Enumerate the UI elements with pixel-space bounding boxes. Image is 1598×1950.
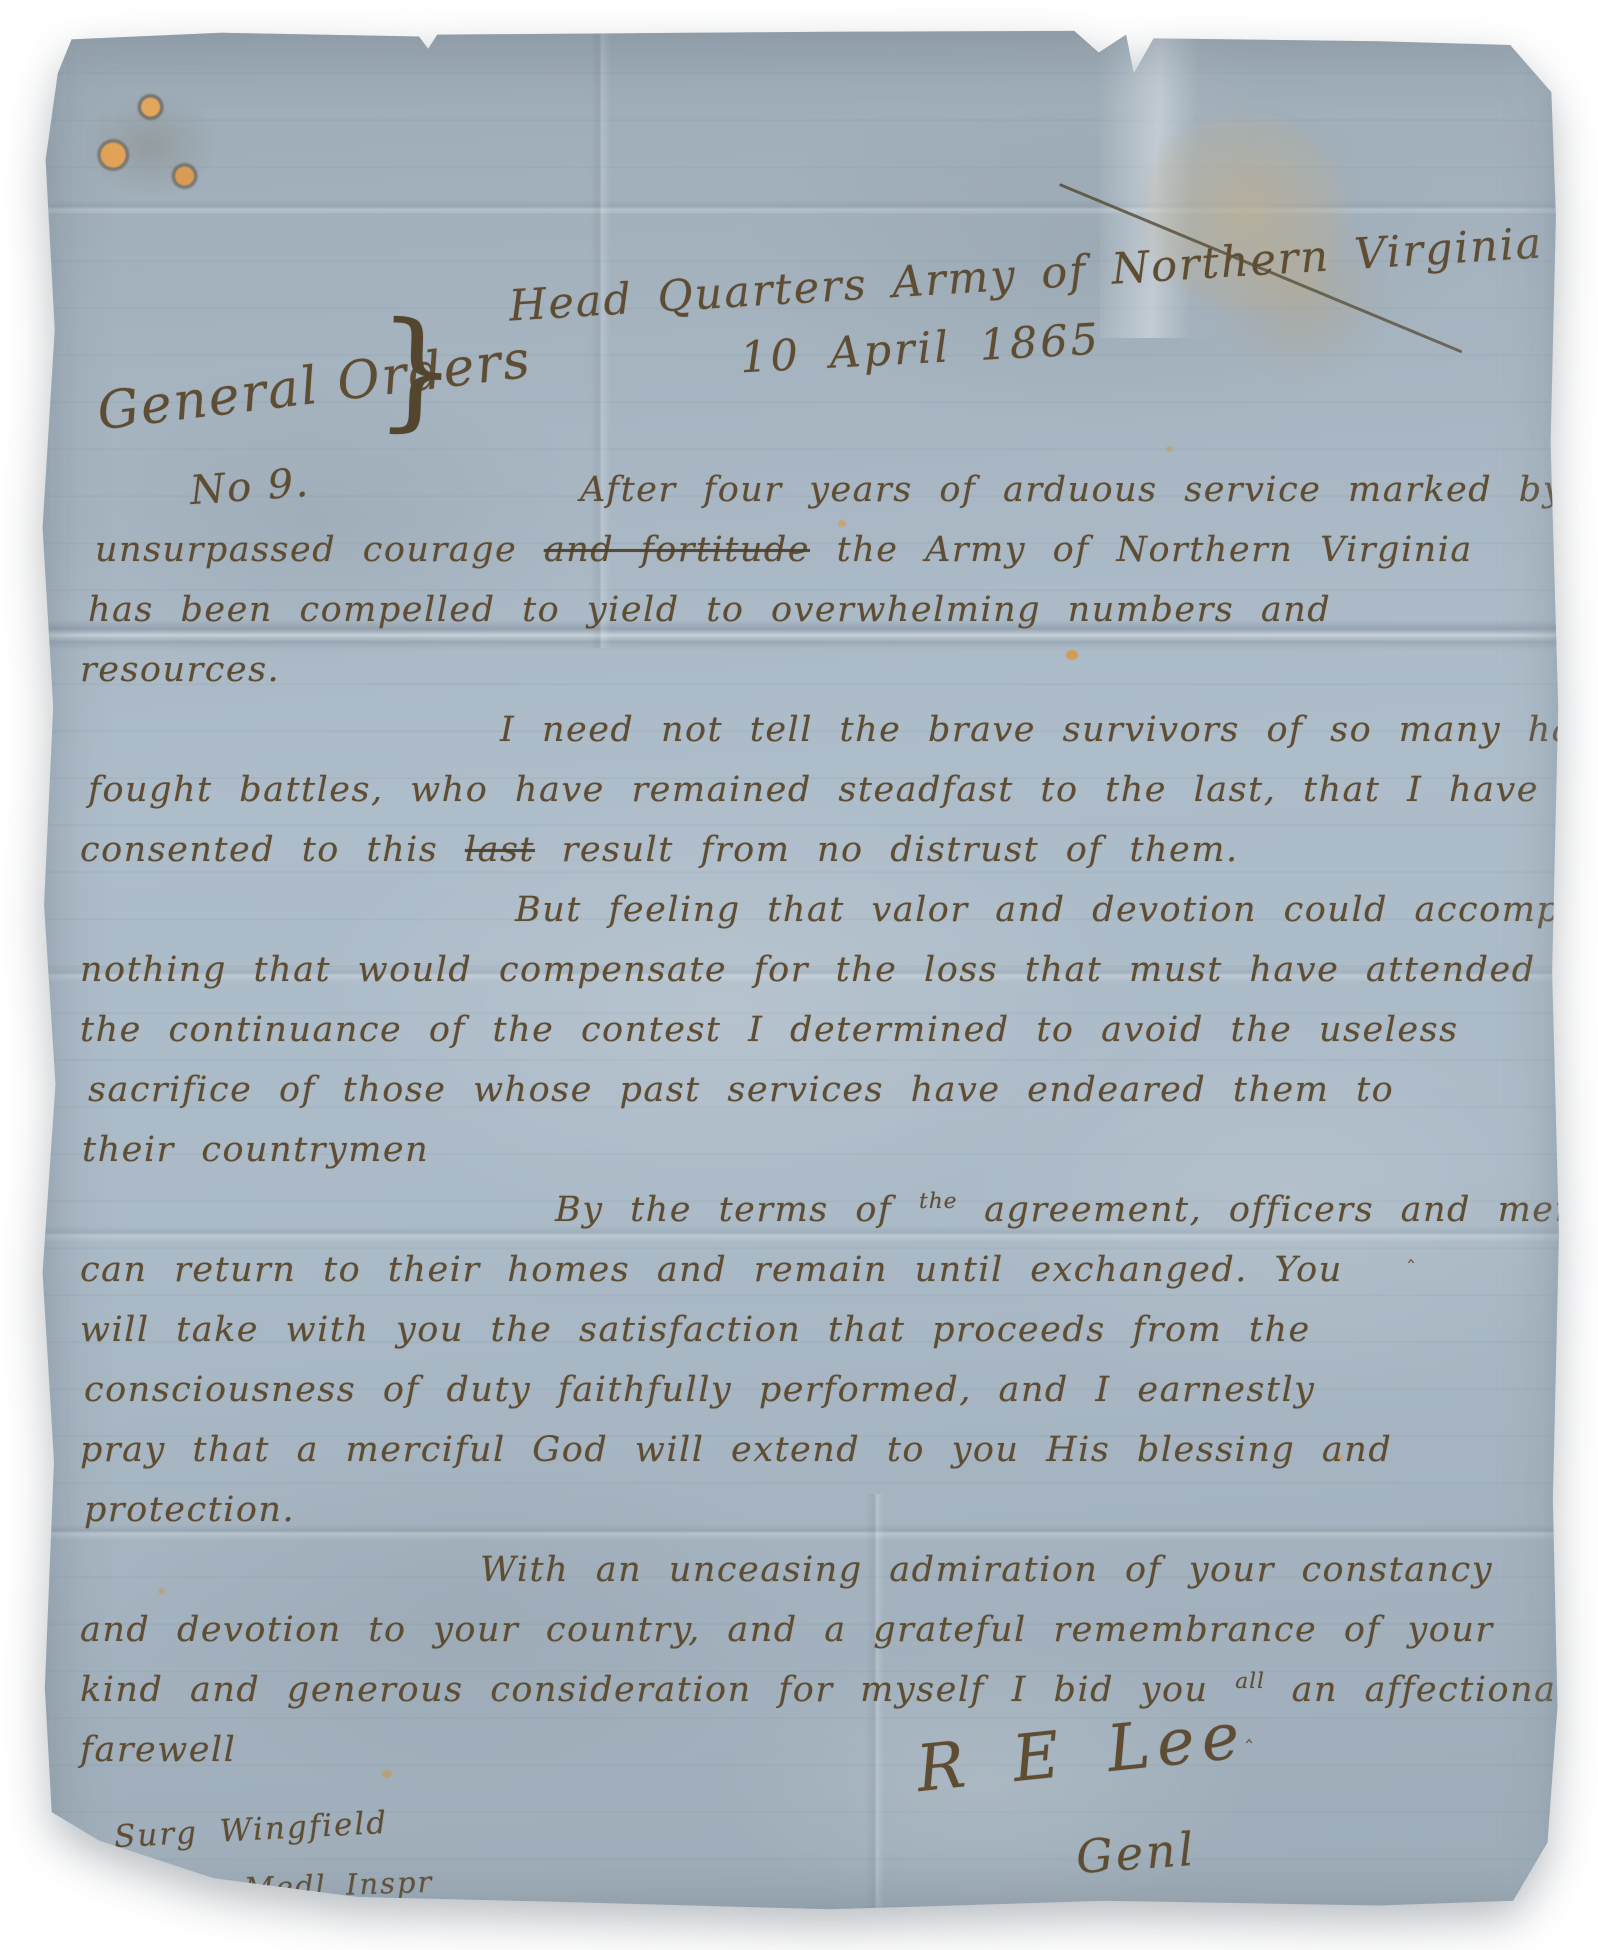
handwritten-text: the Army of Northern Virginia <box>810 530 1473 570</box>
docket-surgeon-name: Surg Wingfield <box>113 1805 389 1855</box>
manuscript-line: consciousness of duty faithfully perform… <box>80 1360 1524 1420</box>
handwritten-text: nothing that would compensate for the lo… <box>80 950 1536 990</box>
struck-through-text: last <box>465 830 535 870</box>
handwritten-text: kind and generous consideration for myse… <box>80 1670 1235 1710</box>
handwritten-text: the continuance of the contest I determi… <box>80 1010 1459 1050</box>
manuscript-line: consented to this last result from no di… <box>80 820 1524 880</box>
manuscript-line: the continuance of the contest I determi… <box>80 1000 1524 1060</box>
general-orders-title: General Orders <box>94 330 535 443</box>
handwritten-text: After four years of arduous service mark… <box>580 470 1564 510</box>
manuscript-line: After four years of arduous service mark… <box>80 460 1524 520</box>
handwritten-text: unsurpassed courage <box>95 530 544 570</box>
handwritten-text: consciousness of duty faithfully perform… <box>84 1370 1315 1410</box>
manuscript-line: farewell <box>80 1720 1524 1780</box>
inserted-above-text: the <box>919 1189 958 1214</box>
manuscript-line: I need not tell the brave survivors of s… <box>80 700 1524 760</box>
handwritten-text: and devotion to your country, and a grat… <box>80 1610 1494 1650</box>
handwritten-text: result from no distrust of them. <box>535 830 1239 870</box>
handwritten-text: sacrifice of those whose past services h… <box>88 1070 1394 1110</box>
handwritten-text: By the terms of <box>555 1190 919 1230</box>
handwritten-text: But feeling that valor and devotion coul… <box>515 890 1598 930</box>
manuscript-line: pray that a merciful God will extend to … <box>80 1420 1524 1480</box>
handwritten-text: I need not tell the brave survivors of s… <box>500 710 1598 750</box>
manuscript-line: resources. <box>80 640 1524 700</box>
paper-shadow: Head Quarters Army of Northern Virginia … <box>0 0 1598 1950</box>
handwritten-text: their countrymen <box>82 1130 429 1170</box>
docket-medical-inspector: Medl Inspr <box>243 1865 433 1906</box>
handwritten-text: protection. <box>84 1490 295 1530</box>
manuscript-line: kind and generous consideration for myse… <box>80 1660 1524 1720</box>
handwritten-text: farewell <box>80 1730 236 1770</box>
manuscript-line: fought battles, who have remained steadf… <box>80 760 1524 820</box>
inserted-above-text: all <box>1235 1669 1265 1694</box>
handwritten-text: consented to this <box>80 830 465 870</box>
handwritten-text: fought battles, who have remained steadf… <box>88 770 1539 810</box>
foxing-spot <box>1166 446 1173 452</box>
manuscript-line: sacrifice of those whose past services h… <box>80 1060 1524 1120</box>
struck-through-text: and fortitude <box>544 530 810 570</box>
handwritten-text: With an unceasing admiration of your con… <box>480 1550 1493 1590</box>
orders-brace: } <box>373 295 460 447</box>
header-place-line: Head Quarters Army of Northern Virginia <box>507 218 1544 331</box>
header-date-line: 10 April 1865 <box>739 315 1102 384</box>
manuscript-body: After four years of arduous service mark… <box>80 460 1524 1780</box>
signature-rank: Genl <box>1074 1822 1198 1884</box>
handwritten-text: has been compelled to yield to overwhelm… <box>88 590 1331 630</box>
manuscript-line: nothing that would compensate for the lo… <box>80 940 1524 1000</box>
handwritten-text: pray that a merciful God will extend to … <box>80 1430 1392 1470</box>
manuscript-line: By the terms of the agreement, officers … <box>80 1180 1524 1240</box>
manuscript-line: With an unceasing admiration of your con… <box>80 1540 1524 1600</box>
manuscript-line: unsurpassed courage and fortitude the Ar… <box>80 520 1524 580</box>
manuscript-line: will take with you the satisfaction that… <box>80 1300 1524 1360</box>
burn-hole-stain <box>86 68 256 218</box>
manuscript-line: has been compelled to yield to overwhelm… <box>80 580 1524 640</box>
manuscript-line: But feeling that valor and devotion coul… <box>80 880 1524 940</box>
manuscript-line: protection. <box>80 1480 1524 1540</box>
fold-crease <box>38 200 1562 216</box>
manuscript-line: their countrymen <box>80 1120 1524 1180</box>
manuscript-line: and devotion to your country, and a grat… <box>80 1600 1524 1660</box>
scanned-document-page: Head Quarters Army of Northern Virginia … <box>0 0 1598 1950</box>
handwritten-text: will take with you the satisfaction that… <box>80 1310 1311 1350</box>
handwritten-text: an affectionate <box>1265 1670 1594 1710</box>
manuscript-paper: Head Quarters Army of Northern Virginia … <box>38 28 1562 1914</box>
handwritten-text: resources. <box>80 650 280 690</box>
